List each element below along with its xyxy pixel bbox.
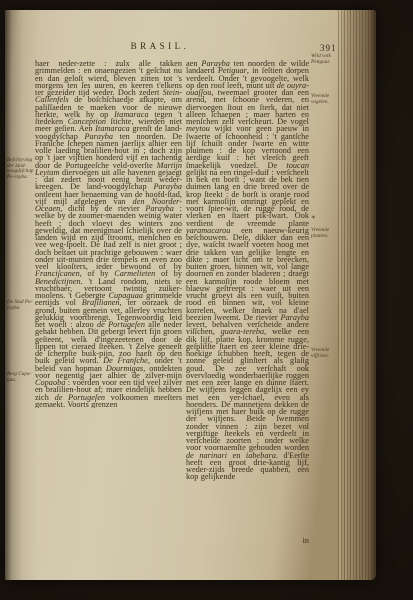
margin-note: Vreemde planten. [311, 228, 338, 240]
printed-area: BRASIL. 391 haer neder-zette : zulx alle… [5, 10, 376, 580]
margin-note: Vreemde viſſchen. [311, 348, 338, 360]
catchword: in [186, 536, 309, 545]
text-column-right: aen Parayba ten noorden de wilde landaer… [186, 60, 309, 481]
text-column-left: haer neder-zette : zulx alle takken grim… [35, 60, 182, 408]
page-number: 391 [320, 43, 337, 53]
margin-note: Wild volk Petiguar. [311, 54, 338, 66]
margin-note: Vreemde vogelen. [311, 94, 338, 106]
book-page: BRASIL. 391 haer neder-zette : zulx alle… [5, 10, 376, 580]
margin-asterisk: ∗ [311, 215, 338, 221]
running-title: BRASIL. [35, 41, 285, 51]
page-header: BRASIL. [35, 41, 285, 54]
book-photo-background: BRASIL. 391 haer neder-zette : zulx alle… [0, 0, 413, 600]
binding-shadow [5, 10, 39, 580]
